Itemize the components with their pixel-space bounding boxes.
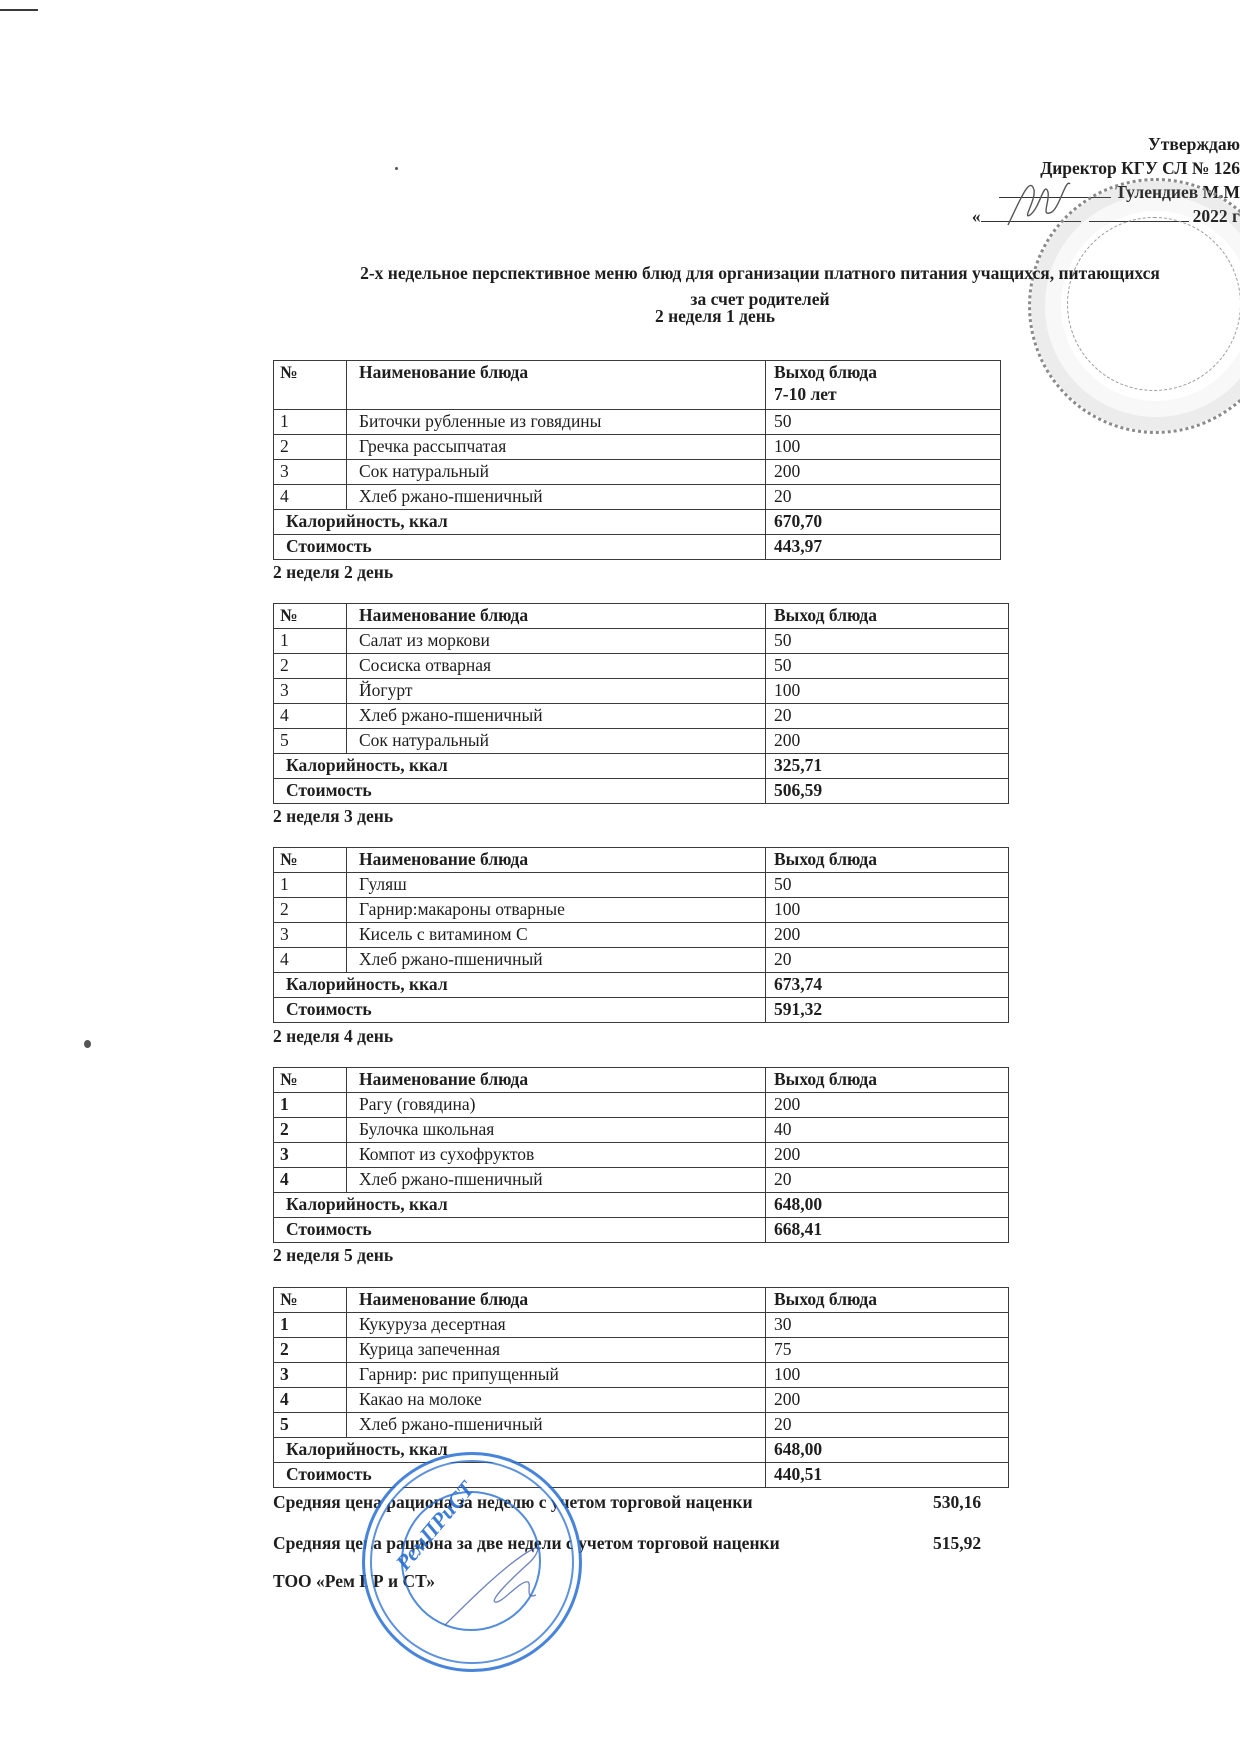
menu-table-day-5: №Наименование блюдаВыход блюда 1Кукуруза…: [273, 1287, 1009, 1488]
table-row: 4Какао на молоке200: [274, 1388, 1009, 1413]
cost-row: Стоимость591,32: [274, 998, 1009, 1023]
day-heading-4: 2 неделя 4 день: [273, 1026, 393, 1047]
scan-speck: [84, 1040, 91, 1048]
table-header-row: №Наименование блюдаВыход блюда: [274, 1068, 1009, 1093]
table-row: 1Рагу (говядина)200: [274, 1093, 1009, 1118]
calories-row: Калорийность, ккал673,74: [274, 973, 1009, 998]
table-row: 4Хлеб ржано-пшеничный20: [274, 1168, 1009, 1193]
table-row: 1Кукуруза десертная30: [274, 1313, 1009, 1338]
table-row: 3Гарнир: рис припущенный100: [274, 1363, 1009, 1388]
table-row: 2Курица запеченная75: [274, 1338, 1009, 1363]
table-row: 5Сок натуральный200: [274, 729, 1009, 754]
table-row: 2Булочка школьная40: [274, 1118, 1009, 1143]
table-header-row: №Наименование блюдаВыход блюда: [274, 604, 1009, 629]
calories-row: Калорийность, ккал648,00: [274, 1438, 1009, 1463]
approval-date: «2022 г: [900, 204, 1240, 228]
two-week-average-price: Средняя цена рациона за две недели с уче…: [273, 1533, 780, 1554]
table-row: 2Сосиска отварная50: [274, 654, 1009, 679]
approval-heading: Утверждаю: [900, 132, 1240, 156]
cost-row: Стоимость506,59: [274, 779, 1009, 804]
scan-edge-mark: [0, 9, 38, 11]
table-header-row: № Наименование блюда Выход блюда7-10 лет: [274, 361, 1001, 410]
calories-row: Калорийность, ккал325,71: [274, 754, 1009, 779]
cost-row: Стоимость440,51: [274, 1463, 1009, 1488]
calories-row: Калорийность, ккал670,70: [274, 510, 1001, 535]
date-day-line: [981, 207, 1081, 222]
scan-speck: [395, 167, 398, 170]
day-heading-3: 2 неделя 3 день: [273, 806, 393, 827]
table-row: 4Хлеб ржано-пшеничный20: [274, 704, 1009, 729]
table-row: 5Хлеб ржано-пшеничный20: [274, 1413, 1009, 1438]
two-week-average-value: 515,92: [933, 1533, 981, 1554]
day-heading-1: 2 неделя 1 день: [560, 306, 870, 327]
menu-table-day-3: №Наименование блюдаВыход блюда 1Гуляш50 …: [273, 847, 1009, 1023]
menu-table-day-4: №Наименование блюдаВыход блюда 1Рагу (го…: [273, 1067, 1009, 1243]
menu-table-day-2: №Наименование блюдаВыход блюда 1Салат из…: [273, 603, 1009, 804]
weekly-average-price: Средняя цена рациона за неделю с учетом …: [273, 1492, 753, 1513]
table-header-row: №Наименование блюдаВыход блюда: [274, 848, 1009, 873]
table-header-row: №Наименование блюдаВыход блюда: [274, 1288, 1009, 1313]
cost-row: Стоимость443,97: [274, 535, 1001, 560]
approval-block: Утверждаю Директор КГУ СЛ № 126 Тулендие…: [900, 132, 1240, 228]
table-row: 3Йогурт100: [274, 679, 1009, 704]
signature-line: [999, 183, 1111, 198]
calories-row: Калорийность, ккал648,00: [274, 1193, 1009, 1218]
table-row: 4Хлеб ржано-пшеничный20: [274, 948, 1009, 973]
table-row: 2Гарнир:макароны отварные100: [274, 898, 1009, 923]
document-title: 2-х недельное перспективное меню блюд дл…: [260, 260, 1240, 312]
table-row: 3Сок натуральный200: [274, 460, 1001, 485]
weekly-average-value: 530,16: [933, 1492, 981, 1513]
table-row: 4Хлеб ржано-пшеничный20: [274, 485, 1001, 510]
table-row: 3Кисель с витамином С200: [274, 923, 1009, 948]
organization-name: ТОО «Рем ПР и СТ»: [273, 1571, 435, 1592]
table-row: 1Биточки рубленные из говядины50: [274, 410, 1001, 435]
date-month-line: [1089, 207, 1189, 222]
cost-row: Стоимость668,41: [274, 1218, 1009, 1243]
table-row: 3Компот из сухофруктов200: [274, 1143, 1009, 1168]
approval-position: Директор КГУ СЛ № 126: [900, 156, 1240, 180]
approval-signer: Тулендиев М.М: [900, 180, 1240, 204]
table-row: 1Гуляш50: [274, 873, 1009, 898]
day-heading-5: 2 неделя 5 день: [273, 1245, 393, 1266]
table-row: 2Гречка рассыпчатая100: [274, 435, 1001, 460]
menu-table-day-1: № Наименование блюда Выход блюда7-10 лет…: [273, 360, 1001, 560]
day-heading-2: 2 неделя 2 день: [273, 562, 393, 583]
table-row: 1Салат из моркови50: [274, 629, 1009, 654]
